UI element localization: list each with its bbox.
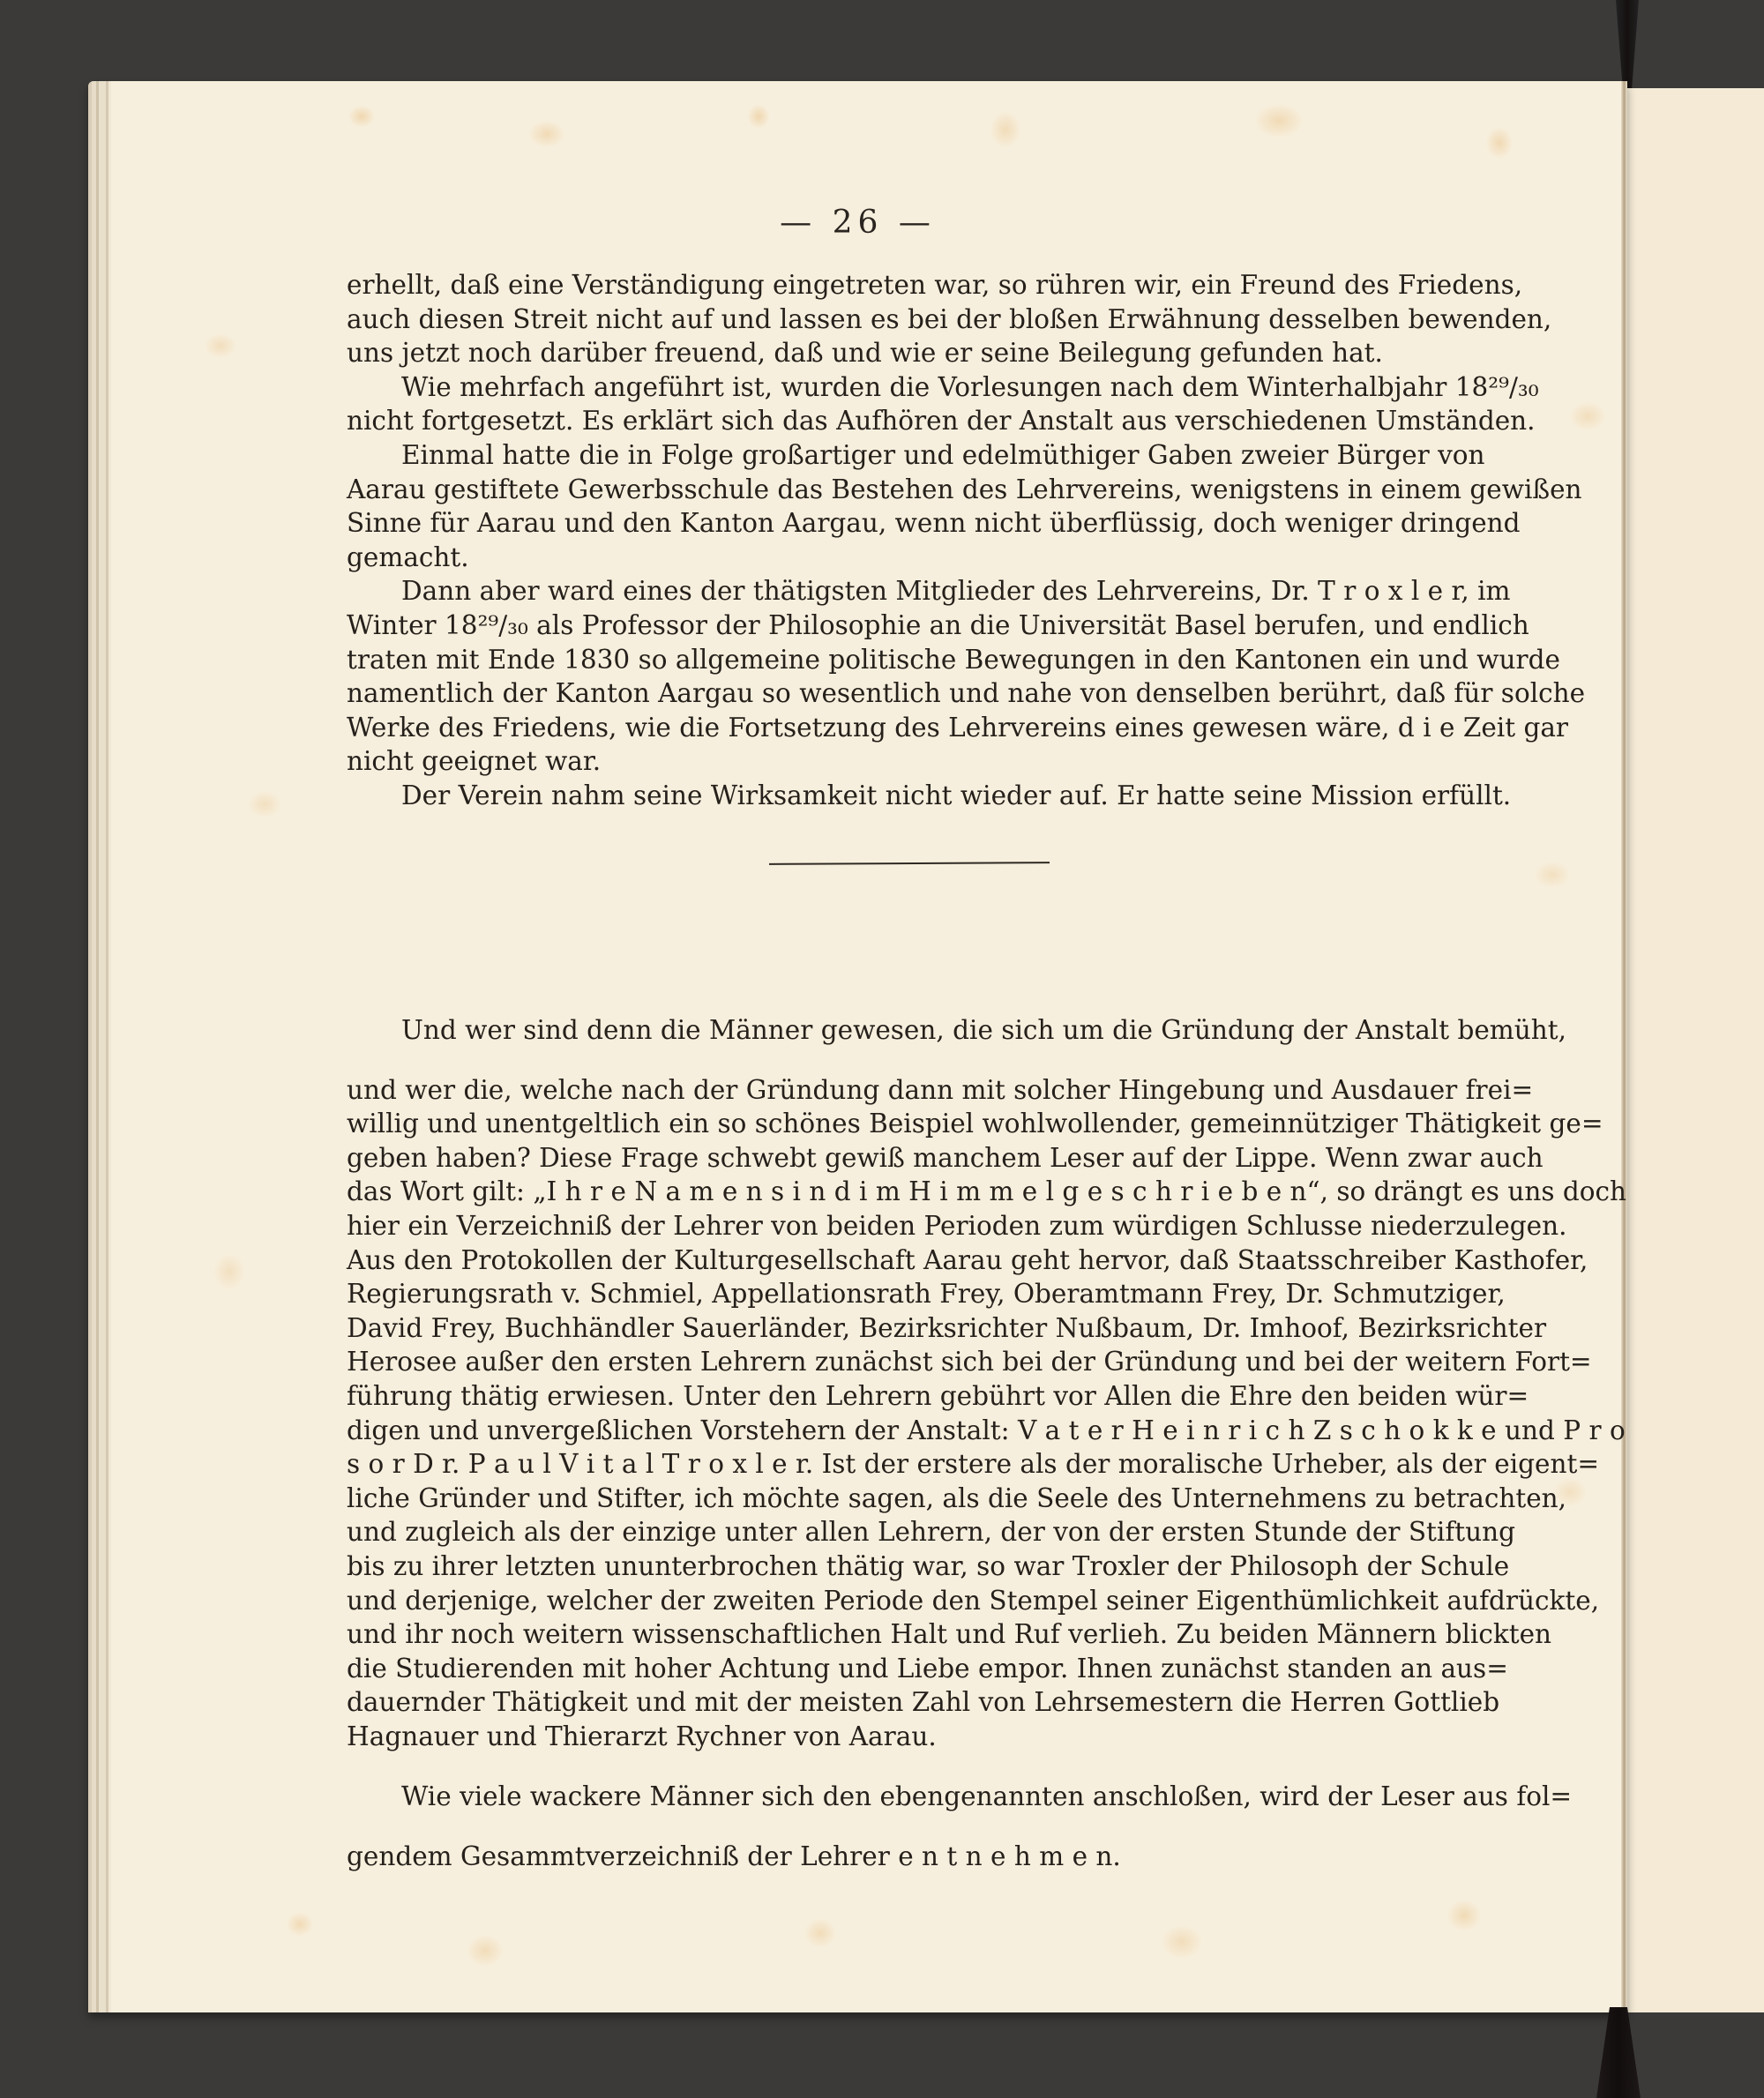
book-page: — 26 — erhellt, daß eine Verständigung e… <box>88 81 1627 2012</box>
paragraph: erhellt, daß eine Verständigung eingetre… <box>347 268 1469 370</box>
text-line: s o r D r. P a u l V i t a l T r o x l e… <box>347 1447 1469 1482</box>
paragraph: Winter 18²⁹/₃₀ als Professor der Philoso… <box>347 608 1469 779</box>
text-line: gendem Gesammtverzeichniß der Lehrer e n… <box>347 1840 1469 1874</box>
text-line: Herosee außer den ersten Lehrern zunächs… <box>347 1345 1469 1379</box>
text-line: nicht fortgesetzt. Es erklärt sich das A… <box>347 404 1469 438</box>
book-gutter <box>1621 81 1627 2012</box>
text-line: nicht geeignet war. <box>347 744 1469 779</box>
text-line: Winter 18²⁹/₃₀ als Professor der Philoso… <box>347 608 1469 643</box>
text-line: Aus den Protokollen der Kulturgesellscha… <box>347 1243 1469 1278</box>
text-line: Einmal hatte die in Folge großartiger un… <box>401 438 1469 473</box>
text-line: und zugleich als der einzige unter allen… <box>347 1515 1469 1549</box>
text-line: Dann aber ward eines der thätigsten Mitg… <box>401 574 1469 608</box>
text-line: willig und unentgeltlich ein so schönes … <box>347 1107 1469 1141</box>
text-line: und wer die, welche nach der Gründung da… <box>347 1073 1469 1108</box>
text-line: Sinne für Aarau und den Kanton Aargau, w… <box>347 506 1469 541</box>
text-line: Regierungsrath v. Schmiel, Appellationsr… <box>347 1277 1469 1311</box>
text-line: Der Verein nahm seine Wirksamkeit nicht … <box>401 779 1469 813</box>
text-line: geben haben? Diese Frage schwebt gewiß m… <box>347 1141 1469 1176</box>
text-line: Wie viele wackere Männer sich den ebenge… <box>401 1780 1469 1814</box>
text-line: bis zu ihrer letzten ununterbrochen thät… <box>347 1549 1469 1584</box>
text-line: Aarau gestiftete Gewerbsschule das Beste… <box>347 473 1469 507</box>
text-line: die Studierenden mit hoher Achtung und L… <box>347 1652 1469 1686</box>
text-line: uns jetzt noch darüber freuend, daß und … <box>347 336 1469 370</box>
text-line: namentlich der Kanton Aargau so wesentli… <box>347 676 1469 711</box>
paragraph: und wer die, welche nach der Gründung da… <box>347 1073 1469 1754</box>
paragraph: gendem Gesammtverzeichniß der Lehrer e n… <box>347 1840 1469 1874</box>
text-line: dauernder Thätigkeit und mit der meisten… <box>347 1685 1469 1720</box>
text-line: liche Gründer und Stifter, ich möchte sa… <box>347 1482 1469 1516</box>
text-line: und derjenige, welcher der zweiten Perio… <box>347 1584 1469 1618</box>
paragraph: Und wer sind denn die Männer gewesen, di… <box>347 1013 1469 1048</box>
paragraph: Aarau gestiftete Gewerbsschule das Beste… <box>347 473 1469 575</box>
paragraph: Wie mehrfach angeführt ist, wurden die V… <box>347 370 1469 405</box>
paragraph: Wie viele wackere Männer sich den ebenge… <box>347 1780 1469 1814</box>
section-2-text: Und wer sind denn die Männer gewesen, di… <box>347 987 1469 1900</box>
text-line: führung thätig erwiesen. Unter den Lehre… <box>347 1379 1469 1414</box>
text-line: und ihr noch weitern wissenschaftlichen … <box>347 1617 1469 1652</box>
section-divider <box>769 862 1050 865</box>
paragraph: Einmal hatte die in Folge großartiger un… <box>347 438 1469 473</box>
facing-page-edge <box>1627 88 1764 2012</box>
text-line: hier ein Verzeichniß der Lehrer von beid… <box>347 1209 1469 1243</box>
paragraph: Dann aber ward eines der thätigsten Mitg… <box>347 574 1469 608</box>
text-line: Und wer sind denn die Männer gewesen, di… <box>401 1013 1469 1048</box>
text-line: Hagnauer und Thierarzt Rychner von Aarau… <box>347 1720 1469 1754</box>
text-line: gemacht. <box>347 541 1469 575</box>
page-stack-edge <box>88 81 111 2012</box>
page-number: — 26 — <box>88 205 1627 241</box>
text-line: traten mit Ende 1830 so allgemeine polit… <box>347 643 1469 677</box>
paragraph: nicht fortgesetzt. Es erklärt sich das A… <box>347 404 1469 438</box>
section-1-text: erhellt, daß eine Verständigung eingetre… <box>347 268 1469 813</box>
text-line: digen und unvergeßlichen Vorstehern der … <box>347 1414 1469 1448</box>
text-line: Wie mehrfach angeführt ist, wurden die V… <box>401 370 1469 405</box>
text-line: David Frey, Buchhändler Sauerländer, Bez… <box>347 1311 1469 1346</box>
text-line: auch diesen Streit nicht auf und lassen … <box>347 302 1469 337</box>
text-line: Werke des Friedens, wie die Fortsetzung … <box>347 711 1469 745</box>
text-line: das Wort gilt: „I h r e N a m e n s i n … <box>347 1175 1469 1209</box>
paragraph: Der Verein nahm seine Wirksamkeit nicht … <box>347 779 1469 813</box>
text-line: erhellt, daß eine Verständigung eingetre… <box>347 268 1469 302</box>
